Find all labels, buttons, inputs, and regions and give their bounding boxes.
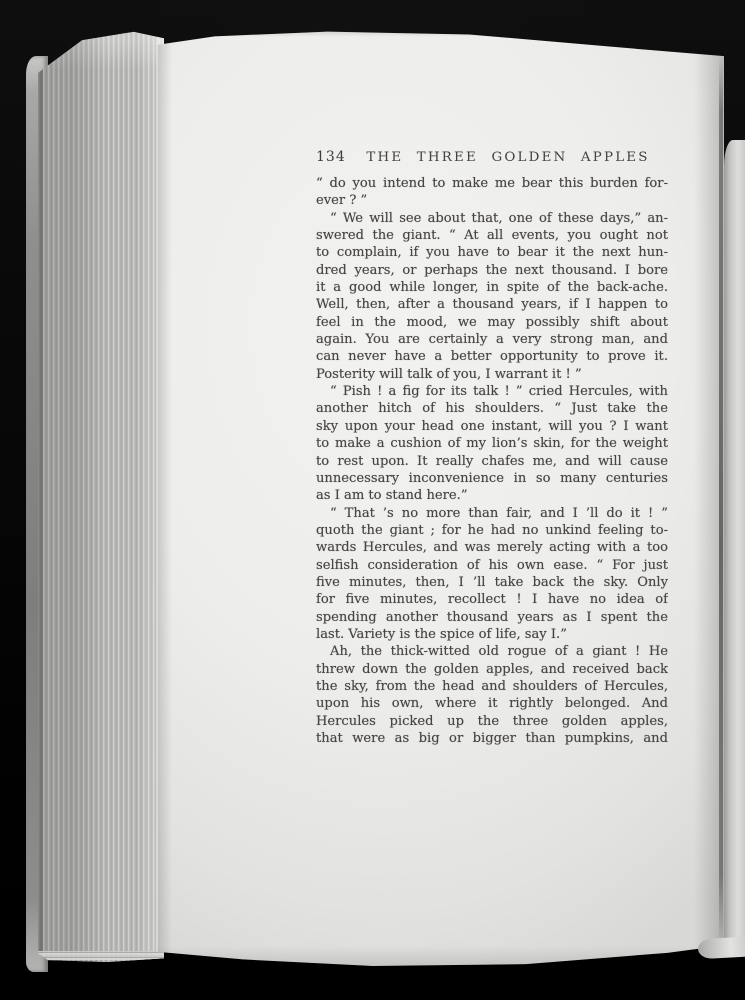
text-line: five minutes, then, I ’ll take back the … — [316, 574, 668, 591]
text-line: selfish consideration of his own ease. “… — [316, 557, 668, 574]
text-line: threw down the golden apples, and receiv… — [316, 661, 668, 678]
text-line: as I am to stand here.” — [316, 487, 668, 504]
text-line: dred years, or perhaps the next thousand… — [316, 262, 668, 279]
text-line: the sky, from the head and shoulders of … — [316, 678, 668, 695]
text-line: upon his own, where it rightly belonged.… — [316, 695, 668, 712]
gutter-shadow — [719, 58, 723, 946]
text-line: sky upon your head one instant, will you… — [316, 418, 668, 435]
running-title: THE THREE GOLDEN APPLES — [332, 150, 684, 165]
text-line: “ That ’s no more than fair, and I ’ll d… — [316, 505, 668, 522]
text-line: another hitch of his shoulders. “ Just t… — [316, 400, 668, 417]
text-line: Hercules picked up the three golden appl… — [316, 713, 668, 730]
text-line: to make a cushion of my lion’s skin, for… — [316, 435, 668, 452]
page-stack-fore-edge — [38, 30, 164, 962]
text-line: spending another thousand years as I spe… — [316, 609, 668, 626]
text-line: can never have a better opportunity to p… — [316, 348, 668, 365]
page-header: 134 THE THREE GOLDEN APPLES — [316, 149, 668, 167]
page-body: “ do you intend to make me bear this bur… — [316, 175, 668, 747]
text-line: “ We will see about that, one of these d… — [316, 210, 668, 227]
text-line: wards Hercules, and was merely acting wi… — [316, 539, 668, 556]
facing-page-edge — [724, 140, 745, 952]
text-line: ever ? ” — [316, 192, 668, 209]
text-line: to complain, if you have to bear it the … — [316, 244, 668, 261]
text-line: quoth the giant ; for he had no unkind f… — [316, 522, 668, 539]
page-bottom-curl — [698, 937, 745, 959]
text-line: feel in the mood, we may possibly shift … — [316, 314, 668, 331]
text-line: again. You are certainly a very strong m… — [316, 331, 668, 348]
text-line: Ah, the thick-witted old rogue of a gian… — [316, 643, 668, 660]
text-line: Well, then, after a thousand years, if I… — [316, 296, 668, 313]
text-line: swered the giant. “ At all events, you o… — [316, 227, 668, 244]
text-line: to rest upon. It really chafes me, and w… — [316, 453, 668, 470]
text-line: “ do you intend to make me bear this bur… — [316, 175, 668, 192]
book-photo-stage: 134 THE THREE GOLDEN APPLES “ do you int… — [0, 0, 745, 1000]
text-line: for five minutes, recollect ! I have no … — [316, 591, 668, 608]
text-line: “ Pish ! a fig for its talk ! ” cried He… — [316, 383, 668, 400]
text-line: Posterity will talk of you, I warrant it… — [316, 366, 668, 383]
text-line: it a good while longer, in spite of the … — [316, 279, 668, 296]
text-line: last. Variety is the spice of life, say … — [316, 626, 668, 643]
text-line: that were as big or bigger than pumpkins… — [316, 730, 668, 747]
text-line: unnecessary inconvenience in so many cen… — [316, 470, 668, 487]
